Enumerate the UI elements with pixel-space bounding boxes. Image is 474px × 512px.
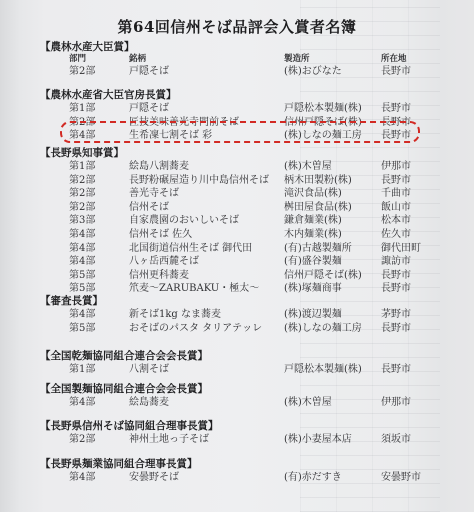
table-row: 第5部おそばのパスタ タリアテッレ(株)しなの麺工房長野市 <box>38 322 438 336</box>
award-section-noodle-makers-federation: 【全国製麺協同組合連合会会長賞】 第4部絵島蕎麦(株)木曽屋伊那市 <box>38 382 438 410</box>
table-row: 第2部 戸隠そば (株)おびなた 長野市 <box>38 65 438 79</box>
section-heading: 【農林水産大臣賞】 <box>40 40 438 54</box>
red-dashed-highlight-outline <box>60 121 420 143</box>
brand: 戸隠そば <box>129 102 169 116</box>
maker: (有)古越製麺所 <box>284 242 352 256</box>
location: 長野市 <box>381 65 411 79</box>
section-heading: 【全国製麺協同組合連合会会長賞】 <box>40 382 438 396</box>
location: 長野市 <box>381 269 411 283</box>
brand: 安曇野そば <box>129 471 179 485</box>
brand: 神州土地っ子そば <box>129 433 209 447</box>
table-row: 第4部信州そば 佐久木内麺業(株)佐久市 <box>38 228 438 242</box>
award-section-judging-chair: 【審査長賞】 第4部新そば1kg なま蕎麦(株)渡辺製麺茅野市 第5部おそばのパ… <box>38 294 438 335</box>
brand: おそばのパスタ タリアテッレ <box>129 322 262 336</box>
division: 第1部 <box>69 102 95 116</box>
table-row: 第1部 戸隠そば 戸隠松本製麺(株) 長野市 <box>38 102 438 116</box>
maker: (株)渡辺製麺 <box>284 308 342 322</box>
division: 第4部 <box>69 255 95 269</box>
column-header-brand: 銘柄 <box>129 54 146 65</box>
location: 長野市 <box>381 102 411 116</box>
brand: 戸隠そば <box>129 65 169 79</box>
division: 第1部 <box>69 363 95 377</box>
division: 第5部 <box>69 322 95 336</box>
division: 第4部 <box>69 228 95 242</box>
award-section-maff-minister: 【農林水産大臣賞】 部門 銘柄 製造所 所在地 第2部 戸隠そば (株)おびなた… <box>38 40 438 79</box>
maker: (有)盛谷製麺 <box>284 255 342 269</box>
section-heading: 【全国乾麺協同組合連合会会長賞】 <box>40 349 438 363</box>
location: 長野市 <box>381 363 411 377</box>
division: 第2部 <box>69 433 95 447</box>
location: 御代田町 <box>381 242 421 256</box>
maker: 信州戸隠そば(株) <box>284 269 362 283</box>
location: 諏訪市 <box>381 255 411 269</box>
table-row: 第2部善光寺そば滝沢食品(株)千曲市 <box>38 187 438 201</box>
section-heading: 【審査長賞】 <box>40 294 438 308</box>
division: 第4部 <box>69 308 95 322</box>
division: 第4部 <box>69 471 95 485</box>
location: 長野市 <box>381 322 411 336</box>
location: 千曲市 <box>381 187 411 201</box>
column-header-location: 所在地 <box>381 54 407 65</box>
maker: (有)赤だすき <box>284 471 342 485</box>
location: 佐久市 <box>381 228 411 242</box>
location: 松本市 <box>381 214 411 228</box>
brand: 信州そば <box>129 201 169 215</box>
location: 須坂市 <box>381 433 411 447</box>
award-section-noodle-industry-cooperative: 【長野県麺業協同組合理事長賞】 第4部安曇野そば(有)赤だすき安曇野市 <box>38 457 438 485</box>
maker: (株)おびなた <box>284 65 342 79</box>
maker: 木内麺業(株) <box>284 228 342 242</box>
maker: (株)小妻屋本店 <box>284 433 352 447</box>
maker: (株)しなの麺工房 <box>284 322 362 336</box>
location: 飯山市 <box>381 201 411 215</box>
division: 第5部 <box>69 269 95 283</box>
award-section-shinshu-soba-cooperative: 【長野県信州そば協同組合理事長賞】 第2部神州土地っ子そば(株)小妻屋本店須坂市 <box>38 419 438 447</box>
section-heading: 【長野県信州そば協同組合理事長賞】 <box>40 419 438 433</box>
table-row: 第4部北国街道信州生そば 御代田(有)古越製麺所御代田町 <box>38 242 438 256</box>
award-section-nagano-governor: 【長野県知事賞】 第1部絵島八割蕎麦(株)木曽屋伊那市 第2部長野粉碾屋造り川中… <box>38 146 438 296</box>
brand: 新そば1kg なま蕎麦 <box>129 308 221 322</box>
brand: 自家農園のおいしいそば <box>129 214 239 228</box>
table-row: 第4部安曇野そば(有)赤だすき安曇野市 <box>38 471 438 485</box>
division: 第4部 <box>69 242 95 256</box>
brand: 八ヶ岳西麓そば <box>129 255 199 269</box>
table-row: 第4部八ヶ岳西麓そば(有)盛谷製麺諏訪市 <box>38 255 438 269</box>
location: 伊那市 <box>381 396 411 410</box>
maker: 桝田屋食品(株) <box>284 201 352 215</box>
table-row: 第1部八割そば戸隠松本製麺(株)長野市 <box>38 363 438 377</box>
brand: 信州そば 佐久 <box>129 228 192 242</box>
maker: 鎌倉麺業(株) <box>284 214 342 228</box>
maker: (株)木曽屋 <box>284 396 332 410</box>
table-row: 第3部自家農園のおいしいそば鎌倉麺業(株)松本市 <box>38 214 438 228</box>
table-row: 第4部絵島蕎麦(株)木曽屋伊那市 <box>38 396 438 410</box>
table-row: 第4部新そば1kg なま蕎麦(株)渡辺製麺茅野市 <box>38 308 438 322</box>
brand: 絵島蕎麦 <box>129 396 169 410</box>
maker: 柄木田製粉(株) <box>284 174 352 188</box>
brand: 信州更科蕎麦 <box>129 269 189 283</box>
location: 長野市 <box>381 174 411 188</box>
division: 第2部 <box>69 65 95 79</box>
table-row: 第2部神州土地っ子そば(株)小妻屋本店須坂市 <box>38 433 438 447</box>
maker: (株)木曽屋 <box>284 160 332 174</box>
maker: 滝沢食品(株) <box>284 187 342 201</box>
table-row: 第1部絵島八割蕎麦(株)木曽屋伊那市 <box>38 160 438 174</box>
division: 第4部 <box>69 396 95 410</box>
brand: 北国街道信州生そば 御代田 <box>129 242 252 256</box>
division: 第3部 <box>69 214 95 228</box>
brand: 長野粉碾屋造り川中島信州そば <box>129 174 269 188</box>
section-heading: 【長野県麺業協同組合理事長賞】 <box>40 457 438 471</box>
location: 伊那市 <box>381 160 411 174</box>
award-section-dry-noodle-federation: 【全国乾麺協同組合連合会会長賞】 第1部八割そば戸隠松本製麺(株)長野市 <box>38 349 438 377</box>
column-header-division: 部門 <box>69 54 86 65</box>
column-header-row: 部門 銘柄 製造所 所在地 <box>38 54 438 65</box>
section-heading: 【農林水産省大臣官房長賞】 <box>40 88 438 102</box>
table-row: 第5部信州更科蕎麦信州戸隠そば(株)長野市 <box>38 269 438 283</box>
maker: 戸隠松本製麺(株) <box>284 363 362 377</box>
division: 第1部 <box>69 160 95 174</box>
table-row: 第2部長野粉碾屋造り川中島信州そば柄木田製粉(株)長野市 <box>38 174 438 188</box>
brand: 絵島八割蕎麦 <box>129 160 189 174</box>
division: 第2部 <box>69 201 95 215</box>
column-header-maker: 製造所 <box>284 54 310 65</box>
page-title: 第64回信州そば品評会入賞者名簿 <box>0 16 474 37</box>
maker: 戸隠松本製麺(株) <box>284 102 362 116</box>
location: 茅野市 <box>381 308 411 322</box>
location: 安曇野市 <box>381 471 421 485</box>
brand: 八割そば <box>129 363 169 377</box>
section-heading: 【長野県知事賞】 <box>40 146 438 160</box>
division: 第2部 <box>69 174 95 188</box>
division: 第2部 <box>69 187 95 201</box>
table-row: 第2部信州そば桝田屋食品(株)飯山市 <box>38 201 438 215</box>
brand: 善光寺そば <box>129 187 179 201</box>
